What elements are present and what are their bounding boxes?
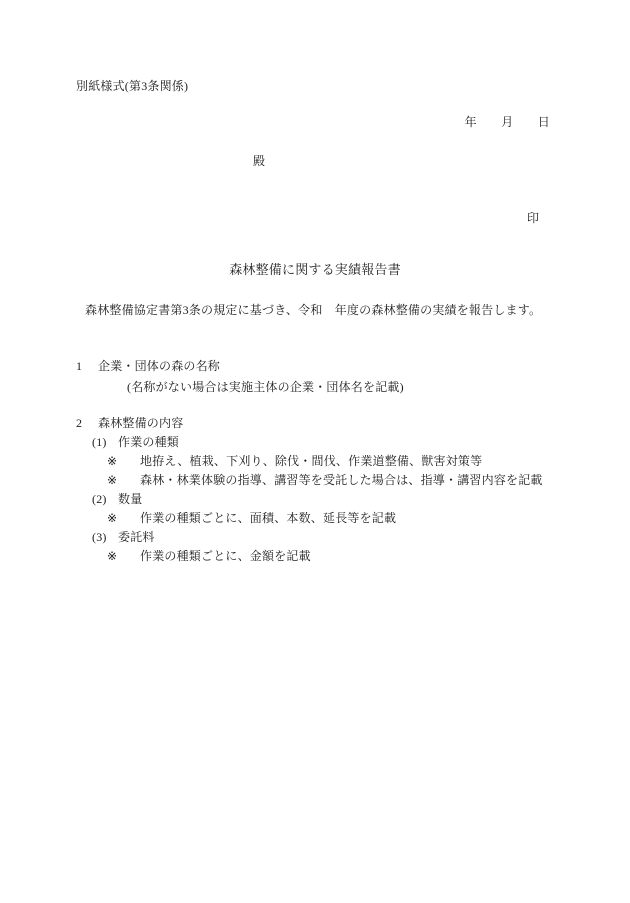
subitem-2-number: (2) — [92, 492, 118, 507]
subitem-2-line: (2)数量 — [92, 492, 142, 507]
item-2-heading: 森林整備の内容 — [98, 416, 183, 430]
item-1-note: (名称がない場合は実施主体の企業・団体名を記載) — [127, 380, 404, 395]
subitem-1-heading: 作業の種類 — [118, 435, 179, 449]
reference-mark: ※ — [107, 454, 140, 469]
item-2-line: 2森林整備の内容 — [76, 416, 183, 431]
subitem-1-note-1-text: 地拵え、植栽、下刈り、除伐・間伐、作業道整備、獣害対策等 — [140, 454, 482, 468]
subitem-1-line: (1)作業の種類 — [92, 435, 179, 450]
subitem-3-note-1: ※作業の種類ごとに、金額を記載 — [107, 549, 311, 564]
subitem-3-number: (3) — [92, 530, 118, 545]
reference-mark: ※ — [107, 511, 140, 526]
subitem-1-note-2-text: 森林・林業体験の指導、講習等を受託した場合は、指導・講習内容を記載 — [140, 473, 543, 487]
subitem-3-heading: 委託料 — [118, 530, 155, 544]
subitem-2-note-1-text: 作業の種類ごとに、面積、本数、延長等を記載 — [140, 511, 396, 525]
subitem-2-note-1: ※作業の種類ごとに、面積、本数、延長等を記載 — [107, 511, 396, 526]
subitem-1-number: (1) — [92, 435, 118, 450]
form-note: 別紙様式(第3条関係) — [76, 79, 188, 94]
subitem-1-note-2: ※森林・林業体験の指導、講習等を受託した場合は、指導・講習内容を記載 — [107, 473, 543, 488]
subitem-3-line: (3)委託料 — [92, 530, 155, 545]
document-page: 別紙様式(第3条関係) 年 月 日 殿 印 森林整備に関する実績報告書 森林整備… — [0, 0, 630, 903]
reference-mark: ※ — [107, 473, 140, 488]
item-1-line: 1企業・団体の森の名称 — [76, 359, 220, 374]
reference-mark: ※ — [107, 549, 140, 564]
item-1-number: 1 — [76, 359, 98, 374]
subitem-1-note-1: ※地拵え、植栽、下刈り、除伐・間伐、作業道整備、獣害対策等 — [107, 454, 482, 469]
date-line: 年 月 日 — [465, 115, 550, 130]
addressee-honorific: 殿 — [253, 154, 265, 169]
seal-mark: 印 — [527, 211, 539, 226]
item-2-number: 2 — [76, 416, 98, 431]
subitem-3-note-1-text: 作業の種類ごとに、金額を記載 — [140, 549, 311, 563]
intro-paragraph: 森林整備協定書第3条の規定に基づき、令和 年度の森林整備の実績を報告します。 — [73, 303, 541, 318]
document-title: 森林整備に関する実績報告書 — [0, 262, 630, 278]
subitem-2-heading: 数量 — [118, 492, 142, 506]
item-1-heading: 企業・団体の森の名称 — [98, 359, 220, 373]
